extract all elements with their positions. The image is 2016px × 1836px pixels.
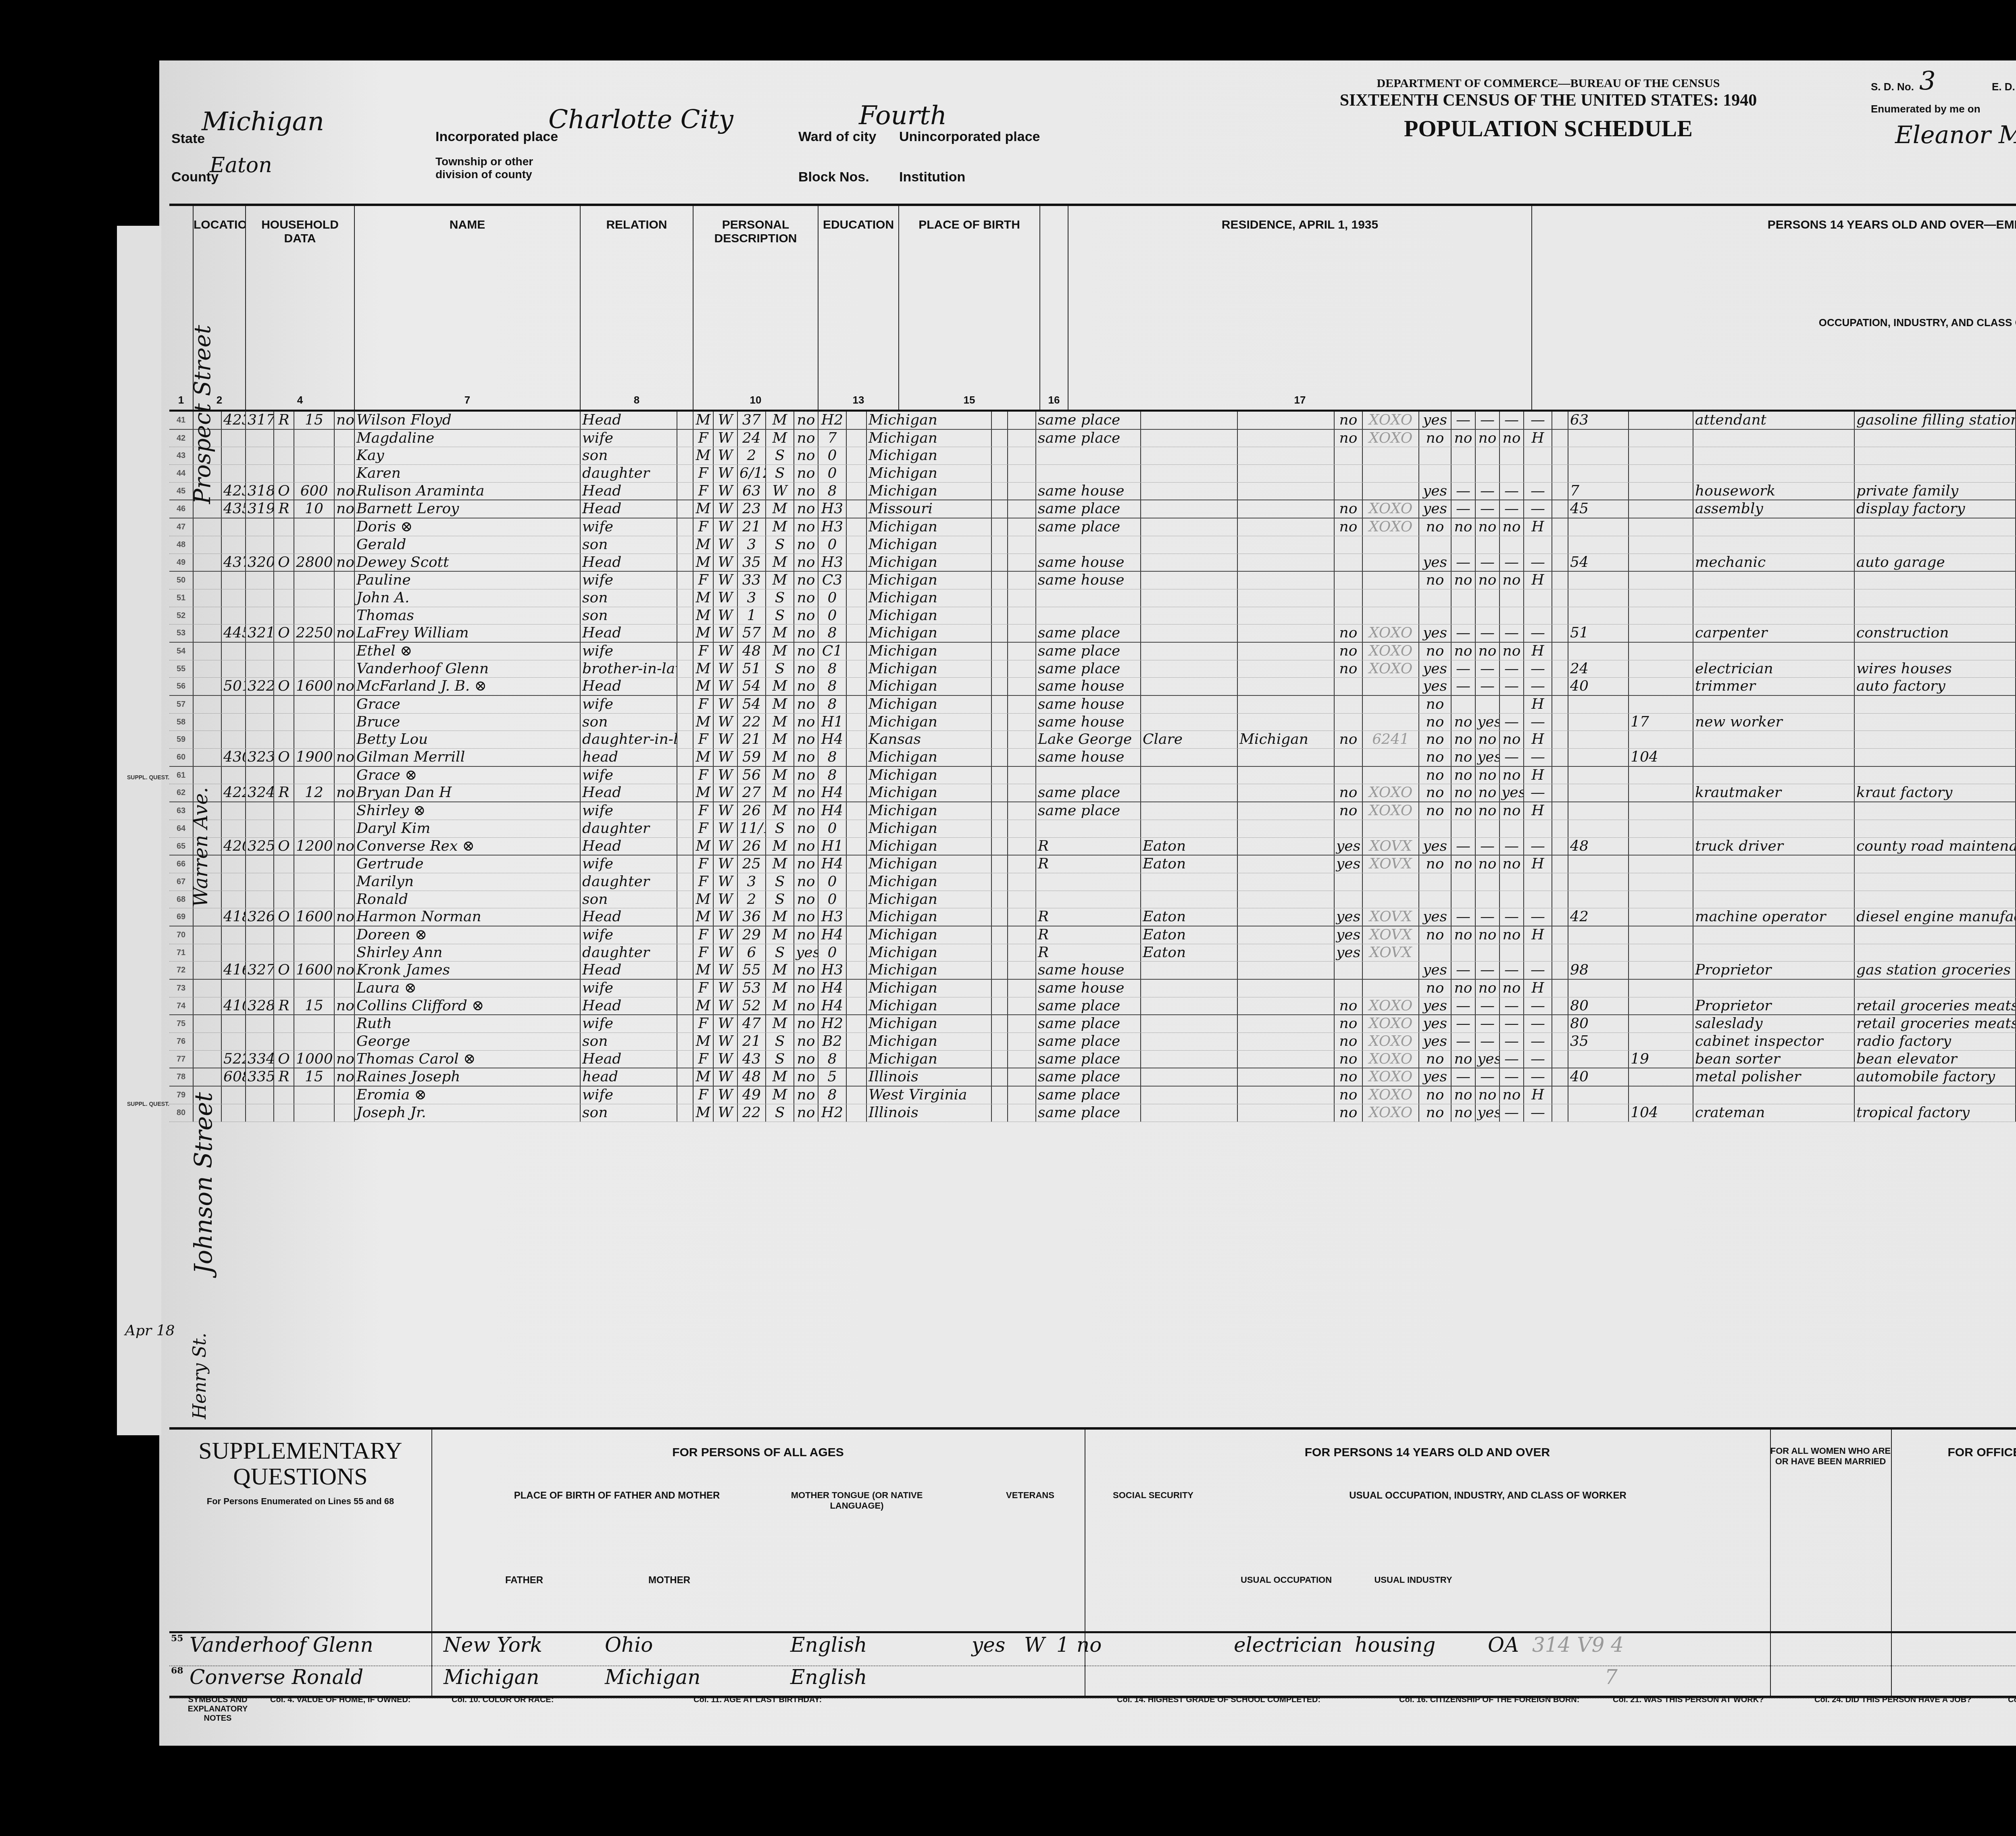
cell--a <box>677 962 694 979</box>
cell-res-farm: yes <box>1335 838 1363 855</box>
cell-c25 <box>1524 944 1552 962</box>
cell-birthplace: Michigan <box>867 518 992 536</box>
cell-d: XOXO <box>1363 660 1419 678</box>
cell-c25: — <box>1524 784 1552 801</box>
cell-res-state <box>1238 1087 1335 1104</box>
cell-tenure: R <box>274 784 294 801</box>
cell-d <box>1363 962 1419 979</box>
cell--b <box>847 678 867 695</box>
cell-c21 <box>1419 447 1452 464</box>
cell-c24 <box>1500 873 1524 891</box>
col-relation: RELATION8 <box>581 206 694 410</box>
cell-value <box>294 767 335 784</box>
cell-c22 <box>1452 536 1476 554</box>
cell--16 <box>1008 678 1036 695</box>
cell--16 <box>1008 518 1036 536</box>
cell-d <box>1363 873 1419 891</box>
cell-res-farm: no <box>1335 660 1363 678</box>
cell-res-state <box>1238 678 1335 695</box>
cell-tenure: O <box>274 838 294 855</box>
cell-industry: retail groceries meats <box>1855 997 2016 1015</box>
supp-veteran: yes <box>972 1633 1006 1657</box>
cell-marital: M <box>766 572 794 589</box>
cell-res-state <box>1238 767 1335 784</box>
cell--16 <box>1008 820 1036 837</box>
cell-marital: M <box>766 980 794 997</box>
cell-tenure <box>274 926 294 944</box>
cell-house <box>222 660 246 678</box>
cell-relation: son <box>581 1033 677 1050</box>
cell-value <box>294 572 335 589</box>
cell--e <box>1552 838 1568 855</box>
cell-res-place <box>1036 767 1141 784</box>
cell-line: 75 <box>169 1015 194 1032</box>
cell-res-county <box>1141 483 1238 500</box>
text: EDUCATION <box>818 218 898 232</box>
cell-industry: private family <box>1855 483 2016 500</box>
cell-c25: — <box>1524 997 1552 1015</box>
cell-hours <box>1568 1104 1629 1122</box>
cell-marital: S <box>766 1033 794 1050</box>
cell-tenure: O <box>274 908 294 926</box>
cell-res-place: same place <box>1036 802 1141 820</box>
cell-res-place: same house <box>1036 678 1141 695</box>
cell-tenure <box>274 660 294 678</box>
cell-c25: H <box>1524 1087 1552 1104</box>
text: 68 <box>171 1665 183 1676</box>
cell-value <box>294 643 335 660</box>
cell-grade: H4 <box>818 784 847 801</box>
cell-value: 10 <box>294 500 335 518</box>
cell-res-state <box>1238 660 1335 678</box>
supp-father: Michigan <box>444 1665 539 1689</box>
cell-race: W <box>714 447 738 464</box>
cell-street <box>194 926 222 944</box>
cell-res-state <box>1238 873 1335 891</box>
table-row: 61Grace ⊗wifeFW56Mno8MichigannonononoH00… <box>169 767 2016 785</box>
cell-c24: no <box>1500 643 1524 660</box>
cell-industry <box>1855 891 2016 908</box>
col-name: NAME7 <box>355 206 581 410</box>
cell-occupation <box>1693 944 1855 962</box>
cell-c22 <box>1452 465 1476 482</box>
cell--b <box>847 962 867 979</box>
cell--e <box>1552 767 1568 784</box>
cell-tenure: O <box>274 678 294 695</box>
head-veterans: VETERANS <box>972 1490 1089 1501</box>
cell-name: Betty Lou <box>355 731 581 748</box>
cell-value: 1600 <box>294 908 335 926</box>
cell-grade: H2 <box>818 1015 847 1032</box>
unincorporated-label: Unincorporated place <box>899 129 1040 145</box>
cell--16 <box>1008 1033 1036 1050</box>
cell-res-farm: no <box>1335 1087 1363 1104</box>
cell-relation: son <box>581 536 677 554</box>
cell--b <box>847 1033 867 1050</box>
cell-res-state <box>1238 856 1335 873</box>
cell-c24: — <box>1500 554 1524 571</box>
cell-c22: no <box>1452 749 1476 766</box>
cell-farm <box>335 447 355 464</box>
cell-farm <box>335 696 355 713</box>
cell-hours <box>1568 856 1629 873</box>
cell-c23 <box>1476 944 1500 962</box>
cell-c22: — <box>1452 1068 1476 1086</box>
cell-tenure: R <box>274 997 294 1015</box>
cell-c24: no <box>1500 802 1524 820</box>
cell-visit <box>246 802 274 820</box>
cell--b <box>847 607 867 624</box>
cell-res-farm: no <box>1335 802 1363 820</box>
cell-relation: head <box>581 1068 677 1086</box>
cell-birthplace: Kansas <box>867 731 992 748</box>
cell-house: 501 <box>222 678 246 695</box>
text: PERSONS 14 YEARS OLD AND OVER—EMPLOYMENT… <box>1532 218 2016 232</box>
text: PERSONAL DESCRIPTION <box>694 218 818 246</box>
cell--c <box>992 1015 1008 1032</box>
cell-sex: F <box>694 873 714 891</box>
cell-c22: — <box>1452 838 1476 855</box>
cell-res-place: same house <box>1036 962 1141 979</box>
cell-tenure <box>274 820 294 837</box>
cell-hours <box>1568 607 1629 624</box>
cell--e <box>1552 447 1568 464</box>
cell-c21: no <box>1419 856 1452 873</box>
cell-res-county <box>1141 554 1238 571</box>
cell-house <box>222 607 246 624</box>
cell-sex: M <box>694 500 714 518</box>
cell-house: 420 <box>222 838 246 855</box>
cell-c21: no <box>1419 518 1452 536</box>
cell-res-state <box>1238 447 1335 464</box>
cell-res-place: R <box>1036 926 1141 944</box>
cell-relation: son <box>581 607 677 624</box>
cell-res-place <box>1036 589 1141 607</box>
cell-race: W <box>714 518 738 536</box>
cell-name: Gertrude <box>355 856 581 873</box>
cell-school: no <box>794 908 818 926</box>
cell-grade: 8 <box>818 483 847 500</box>
cell-visit <box>246 696 274 713</box>
cell--e <box>1552 696 1568 713</box>
cell--b <box>847 696 867 713</box>
cell--c <box>992 624 1008 642</box>
cell-street <box>194 1051 222 1068</box>
cell-c22: — <box>1452 412 1476 429</box>
cell-occupation <box>1693 643 1855 660</box>
cell--c <box>992 944 1008 962</box>
note-col16: Col. 16. CITIZENSHIP OF THE FOREIGN BORN… <box>1399 1695 1579 1705</box>
cell-visit <box>246 1087 274 1104</box>
cell-name: Kay <box>355 447 581 464</box>
cell--16 <box>1008 838 1036 855</box>
cell-grade: 0 <box>818 536 847 554</box>
cell-grade: 5 <box>818 1068 847 1086</box>
cell-c25: — <box>1524 660 1552 678</box>
cell-house: 445 <box>222 624 246 642</box>
cell--a <box>677 465 694 482</box>
cell-birthplace: Illinois <box>867 1104 992 1122</box>
cell-sex: M <box>694 589 714 607</box>
cell-c25 <box>1524 873 1552 891</box>
cell-c23: no <box>1476 572 1500 589</box>
cell-weeks-unemp <box>1629 518 1693 536</box>
cell-line: 48 <box>169 536 194 554</box>
cell-visit <box>246 643 274 660</box>
cell-visit: 327 <box>246 962 274 979</box>
cell-grade: H4 <box>818 926 847 944</box>
cell-c22: — <box>1452 962 1476 979</box>
cell-house <box>222 820 246 837</box>
table-row: 59Betty Loudaughter-in-lawFW21MnoH4Kansa… <box>169 731 2016 749</box>
cell-name: LaFrey William <box>355 624 581 642</box>
cell-c23: no <box>1476 430 1500 447</box>
cell-d <box>1363 678 1419 695</box>
cell-weeks-unemp <box>1629 536 1693 554</box>
table-row: 51John A.sonMW3Sno0Michigan <box>169 589 2016 607</box>
cell-c23: yes <box>1476 1104 1500 1122</box>
cell--a <box>677 518 694 536</box>
cell-marital: M <box>766 714 794 731</box>
cell-visit <box>246 856 274 873</box>
cell--c <box>992 696 1008 713</box>
cell-visit: 317 <box>246 412 274 429</box>
cell--e <box>1552 962 1568 979</box>
cell-relation: head <box>581 749 677 766</box>
cell-street <box>194 997 222 1015</box>
cell-d: XOXO <box>1363 784 1419 801</box>
cell-c25: H <box>1524 802 1552 820</box>
cell--16 <box>1008 908 1036 926</box>
cell-race: W <box>714 589 738 607</box>
cell-res-county <box>1141 430 1238 447</box>
cell-tenure <box>274 873 294 891</box>
note-col4: Col. 4. VALUE OF HOME, IF OWNED: <box>270 1695 411 1705</box>
cell-res-state <box>1238 696 1335 713</box>
cell-c24: — <box>1500 714 1524 731</box>
cell-race: W <box>714 891 738 908</box>
cell-c21: no <box>1419 926 1452 944</box>
cell-sex: M <box>694 607 714 624</box>
cell-res-farm: no <box>1335 1051 1363 1068</box>
cell--a <box>677 980 694 997</box>
cell-weeks-unemp <box>1629 500 1693 518</box>
table-row: 68RonaldsonMW2Sno0Michigan <box>169 891 2016 909</box>
cell-res-state <box>1238 838 1335 855</box>
cell--e <box>1552 944 1568 962</box>
cell-school: no <box>794 643 818 660</box>
cell--16 <box>1008 714 1036 731</box>
cell--16 <box>1008 660 1036 678</box>
ed-label: E. D. No. <box>1992 81 2016 93</box>
cell-visit <box>246 1104 274 1122</box>
cell--c <box>992 589 1008 607</box>
table-row: 73Laura ⊗wifeFW53MnoH4Michigansame house… <box>169 980 2016 997</box>
cell-c24: — <box>1500 1104 1524 1122</box>
cell-res-county <box>1141 714 1238 731</box>
cell-tenure <box>274 802 294 820</box>
cell-grade: B2 <box>818 1033 847 1050</box>
cell-res-place: R <box>1036 944 1141 962</box>
cell-res-state <box>1238 536 1335 554</box>
cell-res-farm: no <box>1335 643 1363 660</box>
cell--e <box>1552 536 1568 554</box>
text: 7 <box>355 394 580 406</box>
cell-farm: no <box>335 500 355 518</box>
cell--e <box>1552 873 1568 891</box>
cell-c23: — <box>1476 554 1500 571</box>
cell-relation: wife <box>581 643 677 660</box>
cell-weeks-unemp <box>1629 1087 1693 1104</box>
cell-c23: — <box>1476 500 1500 518</box>
cell-farm: no <box>335 908 355 926</box>
cell-c25: — <box>1524 678 1552 695</box>
cell-res-place: same place <box>1036 412 1141 429</box>
table-row: 47Doris ⊗wifeFW21MnoH3Michigansame place… <box>169 518 2016 536</box>
cell-res-place: same house <box>1036 980 1141 997</box>
table-row: 49437320O2800noDewey ScottHeadMW35MnoH3M… <box>169 554 2016 572</box>
text: OCCUPATION, INDUSTRY, AND CLASS OF WORKE… <box>1532 316 2016 329</box>
cell--c <box>992 430 1008 447</box>
cell-marital: M <box>766 908 794 926</box>
incorporated-place-value: Charlotte City <box>548 105 733 135</box>
cell-res-place: same place <box>1036 660 1141 678</box>
cell-c23: no <box>1476 980 1500 997</box>
cell-c25: H <box>1524 696 1552 713</box>
cell-hours: 42 <box>1568 908 1629 926</box>
cell-c23: no <box>1476 643 1500 660</box>
cell-visit <box>246 980 274 997</box>
cell-c21: no <box>1419 696 1452 713</box>
cell--c <box>992 518 1008 536</box>
cell-c23: — <box>1476 483 1500 500</box>
cell-house: 437 <box>222 554 246 571</box>
cell-age: 3 <box>738 589 766 607</box>
cell-farm <box>335 518 355 536</box>
cell-c21: no <box>1419 784 1452 801</box>
cell--a <box>677 1087 694 1104</box>
supp-father: New York <box>444 1633 542 1657</box>
cell-race: W <box>714 1068 738 1086</box>
cell-occupation <box>1693 767 1855 784</box>
cell-c22: — <box>1452 908 1476 926</box>
cell-c24 <box>1500 891 1524 908</box>
cell-house <box>222 714 246 731</box>
supp-war: W <box>1024 1633 1045 1657</box>
cell-tenure <box>274 714 294 731</box>
cell-sex: M <box>694 1033 714 1050</box>
cell-c21: no <box>1419 731 1452 748</box>
cell--16 <box>1008 926 1036 944</box>
cell-value: 1200 <box>294 838 335 855</box>
cell--b <box>847 802 867 820</box>
cell-age: 49 <box>738 1087 766 1104</box>
cell-age: 3 <box>738 536 766 554</box>
cell-relation: wife <box>581 980 677 997</box>
cell-line: 59 <box>169 731 194 748</box>
cell-res-place: same place <box>1036 1033 1141 1050</box>
cell-marital: M <box>766 997 794 1015</box>
cell-school: no <box>794 980 818 997</box>
cell-relation: son <box>581 589 677 607</box>
cell-res-county <box>1141 624 1238 642</box>
cell-res-place: same house <box>1036 572 1141 589</box>
cell-farm <box>335 820 355 837</box>
cell-res-county <box>1141 1033 1238 1050</box>
cell-line: 58 <box>169 714 194 731</box>
cell-c24: no <box>1500 1087 1524 1104</box>
cell-hours <box>1568 980 1629 997</box>
cell-visit: 322 <box>246 678 274 695</box>
incorporated-place-label: Incorporated place <box>435 129 558 145</box>
cell-res-place <box>1036 891 1141 908</box>
cell-industry: retail groceries meats <box>1855 1015 2016 1032</box>
cell-c23: — <box>1476 660 1500 678</box>
cell--c <box>992 465 1008 482</box>
cell--16 <box>1008 980 1036 997</box>
cell-c24: — <box>1500 1015 1524 1032</box>
cell-house <box>222 802 246 820</box>
table-row: 58BrucesonMW22MnoH1Michigansame housenon… <box>169 714 2016 731</box>
cell-res-place: same house <box>1036 554 1141 571</box>
cell-school: no <box>794 838 818 855</box>
cell-occupation: crateman <box>1693 1104 1855 1122</box>
cell--a <box>677 607 694 624</box>
cell-house <box>222 518 246 536</box>
cell-race: W <box>714 536 738 554</box>
cell-line: 49 <box>169 554 194 571</box>
cell-industry <box>1855 944 2016 962</box>
cell-marital: M <box>766 430 794 447</box>
cell-res-place: same house <box>1036 483 1141 500</box>
cell-hours: 51 <box>1568 624 1629 642</box>
cell-industry <box>1855 572 2016 589</box>
cell-street <box>194 678 222 695</box>
street-note-johnson: Johnson Street <box>190 1092 218 1274</box>
cell-c21: no <box>1419 767 1452 784</box>
cell-sex: M <box>694 447 714 464</box>
county-value: Eaton <box>210 153 272 177</box>
cell-visit <box>246 1015 274 1032</box>
cell-c25: — <box>1524 483 1552 500</box>
cell--c <box>992 1051 1008 1068</box>
cell-industry <box>1855 607 2016 624</box>
cell-sex: F <box>694 518 714 536</box>
cell-c24: no <box>1500 926 1524 944</box>
cell-school: no <box>794 430 818 447</box>
cell-race: W <box>714 412 738 429</box>
cell-d: XOXO <box>1363 430 1419 447</box>
cell-race: W <box>714 465 738 482</box>
cell-c24 <box>1500 820 1524 837</box>
cell-school: no <box>794 1104 818 1122</box>
table-row: 69418326O1600noHarmon NormanHeadMW36MnoH… <box>169 908 2016 926</box>
cell--e <box>1552 1068 1568 1086</box>
head-birth-parents: PLACE OF BIRTH OF FATHER AND MOTHER <box>452 1490 782 1501</box>
cell-res-place: same place <box>1036 1015 1141 1032</box>
cell-occupation: saleslady <box>1693 1015 1855 1032</box>
cell-c21: no <box>1419 430 1452 447</box>
cell-c25: — <box>1524 554 1552 571</box>
cell-industry <box>1855 696 2016 713</box>
cell-industry: construction <box>1855 624 2016 642</box>
cell--c <box>992 997 1008 1015</box>
cell-weeks-unemp <box>1629 980 1693 997</box>
cell-res-state <box>1238 465 1335 482</box>
cell-hours <box>1568 447 1629 464</box>
cell-c22: — <box>1452 660 1476 678</box>
cell-sex: M <box>694 624 714 642</box>
